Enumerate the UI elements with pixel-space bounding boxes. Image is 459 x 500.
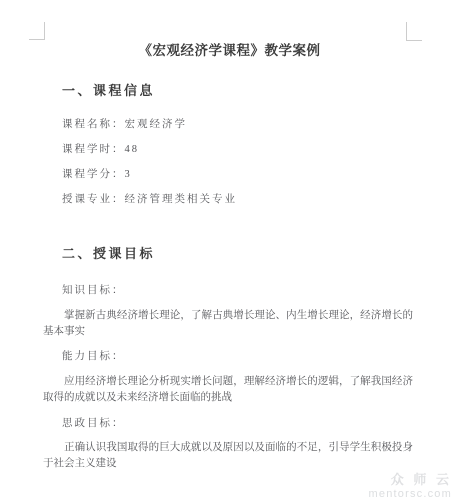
knowledge-objective-label: 知识目标：	[62, 284, 125, 298]
margin-corner-mark-top-left	[29, 22, 45, 40]
document-title: 《宏观经济学课程》教学案例	[0, 42, 459, 60]
watermark-brand: 众 师 云	[369, 473, 452, 487]
course-name-line: 课程名称：宏观经济学	[62, 118, 187, 132]
section-heading-objectives: 二、授课目标	[62, 246, 155, 262]
ideology-objective-label: 思政目标：	[62, 417, 125, 431]
document-page: 《宏观经济学课程》教学案例 一、课程信息 课程名称：宏观经济学 课程学时：48 …	[0, 0, 459, 500]
watermark: 众 师 云 mentorsc.com	[369, 473, 452, 500]
margin-corner-mark-top-right	[406, 22, 422, 41]
watermark-url: mentorsc.com	[369, 488, 452, 500]
course-major-line: 授课专业：经济管理类相关专业	[62, 193, 237, 207]
ability-objective-text: 应用经济增长理论分析现实增长问题，理解经济增长的逻辑，了解我国经济取得的成就以及…	[43, 374, 413, 406]
course-credits-line: 课程学分：3	[62, 168, 132, 182]
section-heading-course-info: 一、课程信息	[62, 83, 155, 99]
ideology-objective-text: 正确认识我国取得的巨大成就以及原因以及面临的不足，引导学生积极投身于社会主义建设	[43, 440, 413, 472]
knowledge-objective-text: 掌握新古典经济增长理论，了解古典增长理论、内生增长理论，经济增长的基本事实	[43, 308, 413, 340]
ability-objective-label: 能力目标：	[62, 350, 125, 364]
course-hours-line: 课程学时：48	[62, 143, 139, 157]
